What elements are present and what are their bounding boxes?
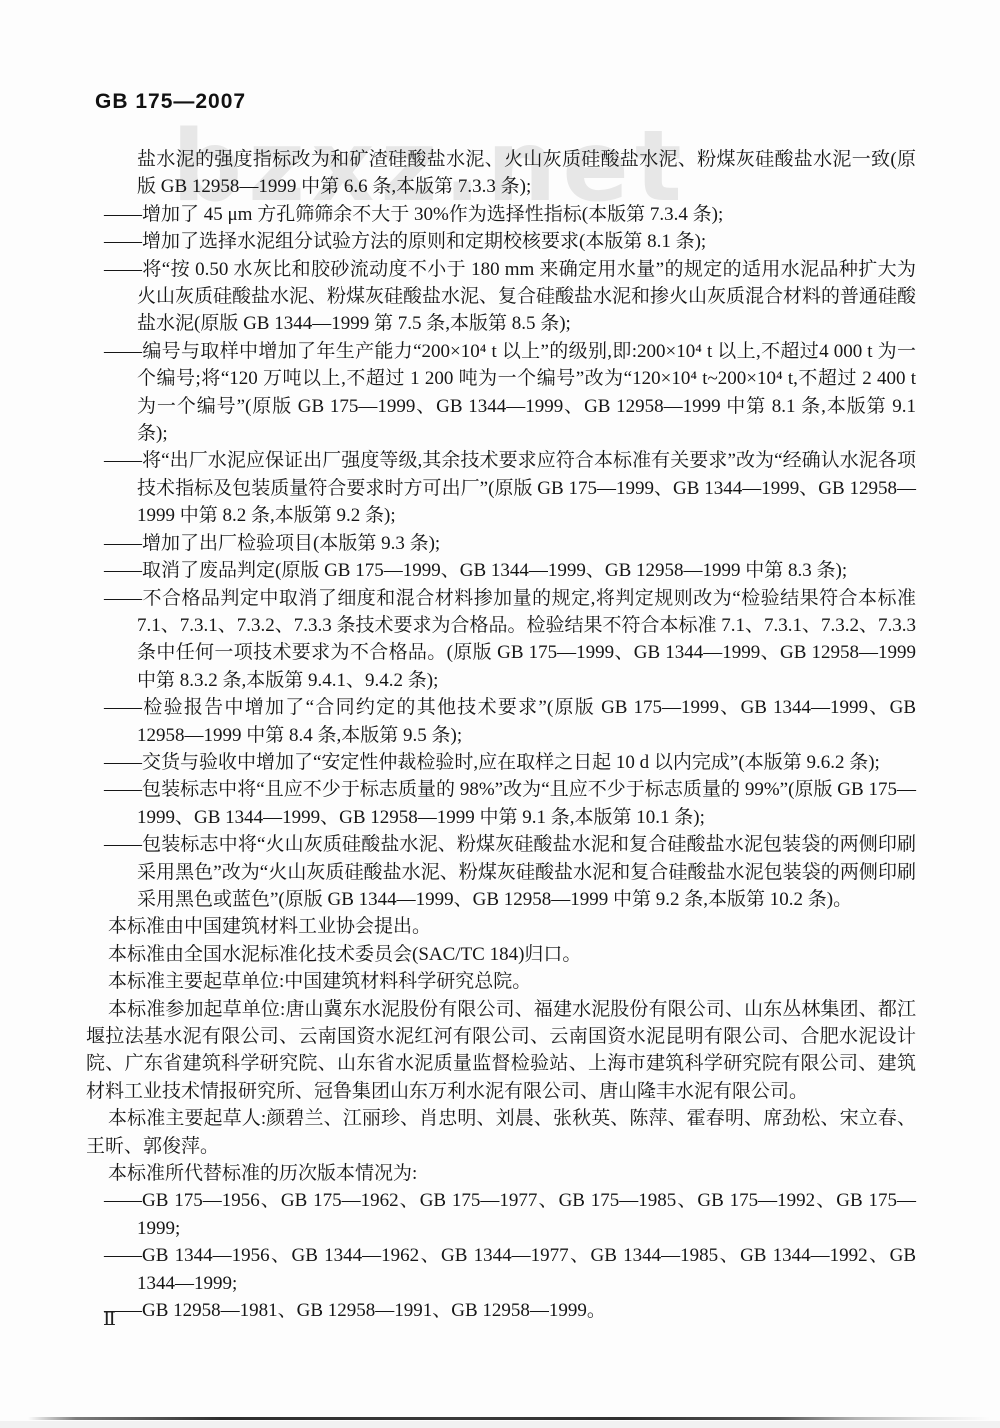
scan-edge-strip [0,1421,1000,1428]
text-line: 本标准由中国建筑材料工业协会提出。 [86,913,916,940]
text-line: ——增加了选择水泥组分试验方法的原则和定期校核要求(本版第 8.1 条); [86,228,916,255]
text-line: ——交货与验收中增加了“安定性仲裁检验时,应在取样之日起 10 d 以内完成”(… [86,749,916,776]
text-line: ——检验报告中增加了“合同约定的其他技术要求”(原版 GB 175—1999、G… [86,694,916,749]
text-line: ——GB 1344—1956、GB 1344—1962、GB 1344—1977… [86,1242,916,1297]
text-line: ——将“出厂水泥应保证出厂强度等级,其余技术要求应符合本标准有关要求”改为“经确… [86,447,916,529]
scan-artifact-line [28,1417,990,1420]
text-line: ——GB 175—1956、GB 175—1962、GB 175—1977、GB… [86,1187,916,1242]
document-body: 盐水泥的强度指标改为和矿渣硅酸盐水泥、火山灰质硅酸盐水泥、粉煤灰硅酸盐水泥一致(… [86,146,916,1324]
text-line: 本标准主要起草人:颜碧兰、江丽珍、肖忠明、刘晨、张秋英、陈萍、霍春明、席劲松、宋… [86,1105,916,1160]
text-line: 本标准所代替标准的历次版本情况为: [86,1160,916,1187]
text-line: 本标准参加起草单位:唐山冀东水泥股份有限公司、福建水泥股份有限公司、山东丛林集团… [86,996,916,1106]
text-line: 本标准由全国水泥标准化技术委员会(SAC/TC 184)归口。 [86,941,916,968]
document-page: bzxz.net GB 175—2007 盐水泥的强度指标改为和矿渣硅酸盐水泥、… [0,0,1000,1428]
text-line: ——不合格品判定中取消了细度和混合材料掺加量的规定,将判定规则改为“检验结果符合… [86,585,916,695]
text-line: ——包装标志中将“火山灰质硅酸盐水泥、粉煤灰硅酸盐水泥和复合硅酸盐水泥包装袋的两… [86,831,916,913]
text-line: ——取消了废品判定(原版 GB 175—1999、GB 1344—1999、GB… [86,557,916,584]
text-line: ——增加了出厂检验项目(本版第 9.3 条); [86,530,916,557]
text-line: 盐水泥的强度指标改为和矿渣硅酸盐水泥、火山灰质硅酸盐水泥、粉煤灰硅酸盐水泥一致(… [86,146,916,201]
page-number: Ⅱ [103,1308,116,1331]
text-line: ——包装标志中将“且应不少于标志质量的 98%”改为“且应不少于标志质量的 99… [86,776,916,831]
text-line: 本标准主要起草单位:中国建筑材料科学研究总院。 [86,968,916,995]
text-line: ——GB 12958—1981、GB 12958—1991、GB 12958—1… [86,1297,916,1324]
text-line: ——增加了 45 μm 方孔筛筛余不大于 30%作为选择性指标(本版第 7.3.… [86,201,916,228]
standard-number-header: GB 175—2007 [95,90,246,114]
text-line: ——编号与取样中增加了年生产能力“200×10⁴ t 以上”的级别,即:200×… [86,338,916,448]
text-line: ——将“按 0.50 水灰比和胶砂流动度不小于 180 mm 来确定用水量”的规… [86,256,916,338]
